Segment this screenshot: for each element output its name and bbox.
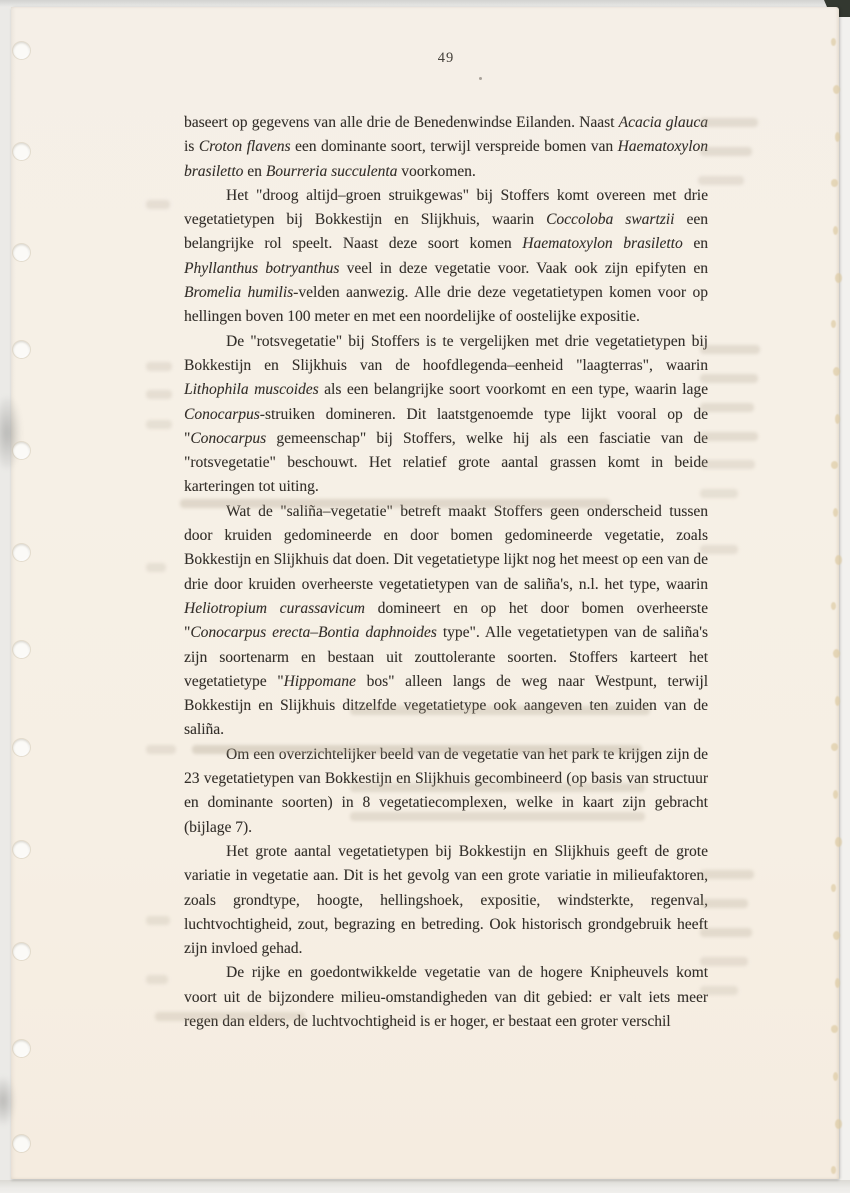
punch-hole [13, 143, 30, 160]
paragraph: baseert op gegevens van alle drie de Ben… [184, 111, 708, 184]
paragraph: De rijke en goedontwikkelde vegetatie va… [184, 961, 708, 1034]
text-run: is [184, 138, 199, 155]
bleed-through-text [192, 745, 642, 754]
bleed-through-text [146, 916, 170, 925]
punch-hole [13, 641, 30, 658]
bleed-through-text [350, 783, 645, 792]
punch-hole [13, 442, 30, 459]
bleed-through-text [180, 499, 610, 508]
glue-spot [835, 414, 840, 424]
glue-spot [833, 649, 840, 658]
paragraph: Het grote aantal vegetatietypen bij Bokk… [184, 840, 708, 961]
latin-name: Haematoxylon brasiletto [522, 235, 682, 252]
latin-name: Phyllanthus botryanthus [184, 260, 339, 277]
glue-spot [831, 179, 838, 187]
bleed-through-text [698, 176, 744, 185]
text-run: Het grote aantal vegetatietypen bij Bokk… [184, 843, 708, 957]
glue-spot [835, 837, 842, 847]
latin-name: Conocarpus erecta–Bontia daphnoides [190, 624, 437, 641]
latin-name: Lithophila muscoides [184, 381, 319, 398]
latin-name: Acacia glauca [619, 114, 708, 131]
glue-spot [831, 1025, 838, 1033]
bleed-through-text [350, 706, 650, 715]
bleed-through-text [700, 403, 754, 412]
text-run: een dominante soort, terwijl verspreide … [291, 138, 618, 155]
glue-spot [831, 38, 836, 46]
glue-spot [833, 226, 838, 235]
bleed-through-text [146, 390, 172, 399]
punch-hole [13, 943, 30, 960]
latin-name: Coccoloba swartzii [546, 211, 674, 228]
bleed-through-text [700, 545, 738, 554]
text-run: De "rotsvegetatie" bij Stoffers is te ve… [184, 333, 708, 374]
glue-spot [835, 978, 840, 988]
latin-name: Conocarpus [184, 406, 260, 423]
punch-hole [13, 341, 30, 358]
glue-spot [833, 85, 840, 94]
glue-spot [831, 884, 836, 892]
punch-hole [13, 244, 30, 261]
bleed-through-text [146, 362, 172, 371]
bleed-through-text [700, 432, 758, 441]
bleed-through-text [700, 986, 738, 995]
glue-spot [831, 743, 838, 751]
glue-spot [835, 1119, 842, 1129]
punch-hole [13, 544, 30, 561]
scanner-edge-top [0, 0, 850, 7]
text-run: en [243, 163, 265, 180]
page-number: 49 [184, 50, 708, 67]
punch-hole [13, 42, 30, 59]
bleed-through-text [700, 345, 760, 354]
scan-speck [479, 77, 482, 80]
punch-hole [13, 739, 30, 756]
glue-spot [831, 461, 838, 469]
punch-hole [13, 1040, 30, 1057]
latin-name: Hippomane [284, 673, 356, 690]
bleed-through-text [700, 928, 752, 937]
latin-name: Heliotropium curassavicum [184, 600, 365, 617]
bleed-through-text [146, 563, 166, 572]
bleed-through-text [350, 812, 645, 821]
bleed-through-text [700, 870, 754, 879]
glue-spot [835, 132, 840, 142]
bleed-through-text [700, 489, 738, 498]
bleed-through-text [146, 420, 172, 429]
bleed-through-text [155, 1012, 305, 1021]
bleed-through-text [700, 460, 755, 469]
punch-hole [13, 1135, 30, 1152]
glue-spot [835, 273, 842, 283]
scanner-edge-right [840, 0, 850, 1193]
document-text: baseert op gegevens van alle drie de Ben… [184, 111, 708, 1034]
bleed-through-text [700, 374, 758, 383]
scanner-edge-bottom [0, 1180, 850, 1193]
bleed-through-text [146, 975, 168, 984]
text-run: als een belangrijke soort voorkomt en ee… [319, 381, 708, 398]
latin-name: Croton flavens [199, 138, 291, 155]
text-run: Wat de "saliña–vegetatie" betreft maakt … [184, 503, 708, 593]
bleed-through-text [700, 899, 748, 908]
glue-spot [835, 696, 840, 706]
paragraph: Het "droog altijd–groen struikgewas" bij… [184, 184, 708, 330]
latin-name: Conocarpus [190, 430, 266, 447]
text-run: voorkomen. [397, 163, 475, 180]
bleed-through-text [146, 745, 176, 754]
text-run: baseert op gegevens van alle drie de Ben… [184, 114, 619, 131]
text-run: en [683, 235, 708, 252]
glue-spot [833, 367, 840, 376]
bleed-through-text [700, 957, 748, 966]
bleed-through-text [700, 147, 752, 156]
text-run: veel in deze vegetatie voor. Vaak ook zi… [339, 260, 708, 277]
glue-spot [833, 931, 840, 940]
bleed-through-text [146, 200, 170, 209]
bleed-through-text [700, 118, 758, 127]
glue-spot [831, 1166, 836, 1174]
glue-spot [833, 790, 838, 799]
glue-spot [831, 320, 836, 328]
latin-name: Bourreria succulenta [266, 163, 398, 180]
glue-spot [833, 508, 838, 517]
paragraph: De "rotsvegetatie" bij Stoffers is te ve… [184, 330, 708, 500]
glue-spot [835, 555, 842, 565]
glue-spot [831, 602, 836, 610]
glue-spot [833, 1072, 838, 1081]
latin-name: Bromelia humilis [184, 284, 293, 301]
punch-hole [13, 841, 30, 858]
